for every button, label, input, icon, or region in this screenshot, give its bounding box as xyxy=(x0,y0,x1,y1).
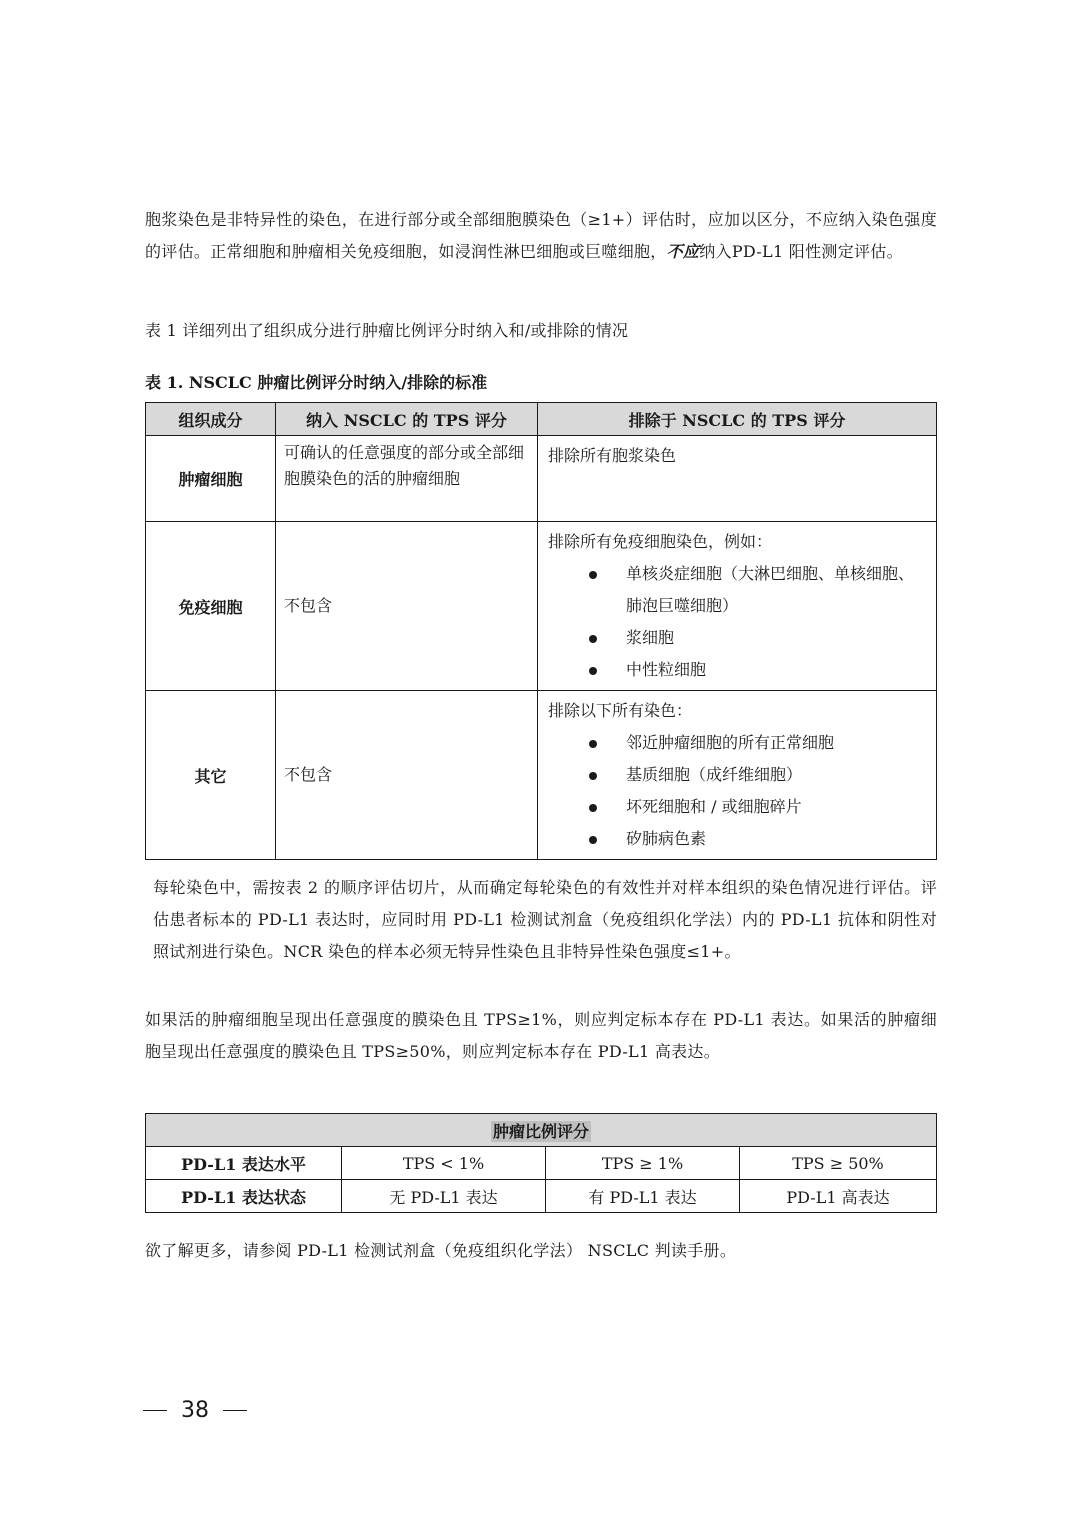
list-item-text: 坏死细胞和 / 或细胞碎片 xyxy=(626,797,802,816)
list-item: 矽肺病色素 xyxy=(548,823,926,855)
exclude-list: 邻近肿瘤细胞的所有正常细胞 基质细胞（成纤维细胞） 坏死细胞和 / 或细胞碎片 … xyxy=(548,727,926,855)
list-item: 基质细胞（成纤维细胞） xyxy=(548,759,926,791)
bullet-icon xyxy=(589,667,597,675)
table-header-row: 组织成分 纳入 NSCLC 的 TPS 评分 排除于 NSCLC 的 TPS 评… xyxy=(146,403,937,436)
table-cell: 有 PD-L1 表达 xyxy=(546,1180,740,1213)
table-cell: TPS ≥ 50% xyxy=(740,1147,937,1180)
list-item: 中性粒细胞 xyxy=(548,654,926,686)
exclude-list: 单核炎症细胞（大淋巴细胞、单核细胞、肺泡巨噬细胞） 浆细胞 中性粒细胞 xyxy=(548,558,926,686)
list-item-text: 矽肺病色素 xyxy=(626,829,706,848)
list-item: 单核炎症细胞（大淋巴细胞、单核细胞、肺泡巨噬细胞） xyxy=(548,558,926,622)
exclude-intro: 排除以下所有染色： xyxy=(548,695,926,727)
paragraph-staining-evaluation: 每轮染色中，需按表 2 的顺序评估切片，从而确定每轮染色的有效性并对样本组织的染… xyxy=(153,872,937,968)
inclusion-exclusion-table: 组织成分 纳入 NSCLC 的 TPS 评分 排除于 NSCLC 的 TPS 评… xyxy=(145,402,937,860)
bullet-icon xyxy=(589,836,597,844)
paragraph-tps-criteria: 如果活的肿瘤细胞呈现出任意强度的膜染色且 TPS≥1%，则应判定标本存在 PD-… xyxy=(145,1004,937,1068)
list-item: 坏死细胞和 / 或细胞碎片 xyxy=(548,791,926,823)
bullet-icon xyxy=(589,635,597,643)
table-row: PD-L1 表达状态 无 PD-L1 表达 有 PD-L1 表达 PD-L1 高… xyxy=(146,1180,937,1213)
component-cell: 肿瘤细胞 xyxy=(146,436,276,522)
page-number: 38 xyxy=(143,1398,247,1423)
row-label: PD-L1 表达水平 xyxy=(146,1147,342,1180)
table-row: 免疫细胞 不包含 排除所有免疫细胞染色，例如： 单核炎症细胞（大淋巴细胞、单核细… xyxy=(146,522,937,691)
table2-title: 肿瘤比例评分 xyxy=(146,1114,937,1147)
table-title-row: 肿瘤比例评分 xyxy=(146,1114,937,1147)
list-item-text: 中性粒细胞 xyxy=(626,660,706,679)
row-label: PD-L1 表达状态 xyxy=(146,1180,342,1213)
header-include: 纳入 NSCLC 的 TPS 评分 xyxy=(276,403,538,436)
bullet-icon xyxy=(589,740,597,748)
component-cell: 其它 xyxy=(146,691,276,860)
table-cell: TPS < 1% xyxy=(342,1147,546,1180)
paragraph-more-info: 欲了解更多，请参阅 PD-L1 检测试剂盒（免疫组织化学法） NSCLC 判读手… xyxy=(145,1235,937,1267)
table-row: PD-L1 表达水平 TPS < 1% TPS ≥ 1% TPS ≥ 50% xyxy=(146,1147,937,1180)
exclude-cell: 排除所有胞浆染色 xyxy=(538,436,937,522)
paragraph-text: 纳入PD-L1 阳性测定评估。 xyxy=(699,242,903,261)
bullet-icon xyxy=(589,571,597,579)
bullet-icon xyxy=(589,804,597,812)
table-cell: TPS ≥ 1% xyxy=(546,1147,740,1180)
page-number-text: 38 xyxy=(181,1398,209,1423)
exclude-cell: 排除以下所有染色： 邻近肿瘤细胞的所有正常细胞 基质细胞（成纤维细胞） 坏死细胞… xyxy=(538,691,937,860)
exclude-intro: 排除所有胞浆染色 xyxy=(548,440,926,472)
emphasis-text: 不应 xyxy=(667,242,700,261)
include-cell: 不包含 xyxy=(276,691,538,860)
list-item: 邻近肿瘤细胞的所有正常细胞 xyxy=(548,727,926,759)
include-cell: 不包含 xyxy=(276,522,538,691)
paragraph-cytoplasmic-staining: 胞浆染色是非特异性的染色，在进行部分或全部细胞膜染色（≥1+）评估时，应加以区分… xyxy=(145,204,937,268)
table-row: 肿瘤细胞 可确认的任意强度的部分或全部细胞膜染色的活的肿瘤细胞 排除所有胞浆染色 xyxy=(146,436,937,522)
list-item-text: 邻近肿瘤细胞的所有正常细胞 xyxy=(626,733,834,752)
exclude-cell: 排除所有免疫细胞染色，例如： 单核炎症细胞（大淋巴细胞、单核细胞、肺泡巨噬细胞）… xyxy=(538,522,937,691)
table2-title-text: 肿瘤比例评分 xyxy=(491,1121,591,1142)
paragraph-table-intro: 表 1 详细列出了组织成分进行肿瘤比例评分时纳入和/或排除的情况 xyxy=(145,315,937,347)
exclude-intro: 排除所有免疫细胞染色，例如： xyxy=(548,526,926,558)
list-item: 浆细胞 xyxy=(548,622,926,654)
dash-left xyxy=(143,1410,167,1412)
table-cell: PD-L1 高表达 xyxy=(740,1180,937,1213)
table-cell: 无 PD-L1 表达 xyxy=(342,1180,546,1213)
component-cell: 免疫细胞 xyxy=(146,522,276,691)
list-item-text: 单核炎症细胞（大淋巴细胞、单核细胞、肺泡巨噬细胞） xyxy=(626,564,914,615)
table-row: 其它 不包含 排除以下所有染色： 邻近肿瘤细胞的所有正常细胞 基质细胞（成纤维细… xyxy=(146,691,937,860)
dash-right xyxy=(223,1410,247,1412)
tps-score-table: 肿瘤比例评分 PD-L1 表达水平 TPS < 1% TPS ≥ 1% TPS … xyxy=(145,1113,937,1213)
header-component: 组织成分 xyxy=(146,403,276,436)
table1-caption: 表 1. NSCLC 肿瘤比例评分时纳入/排除的标准 xyxy=(145,371,487,395)
include-cell: 可确认的任意强度的部分或全部细胞膜染色的活的肿瘤细胞 xyxy=(276,436,538,522)
list-item-text: 浆细胞 xyxy=(626,628,674,647)
header-exclude: 排除于 NSCLC 的 TPS 评分 xyxy=(538,403,937,436)
list-item-text: 基质细胞（成纤维细胞） xyxy=(626,765,802,784)
bullet-icon xyxy=(589,772,597,780)
